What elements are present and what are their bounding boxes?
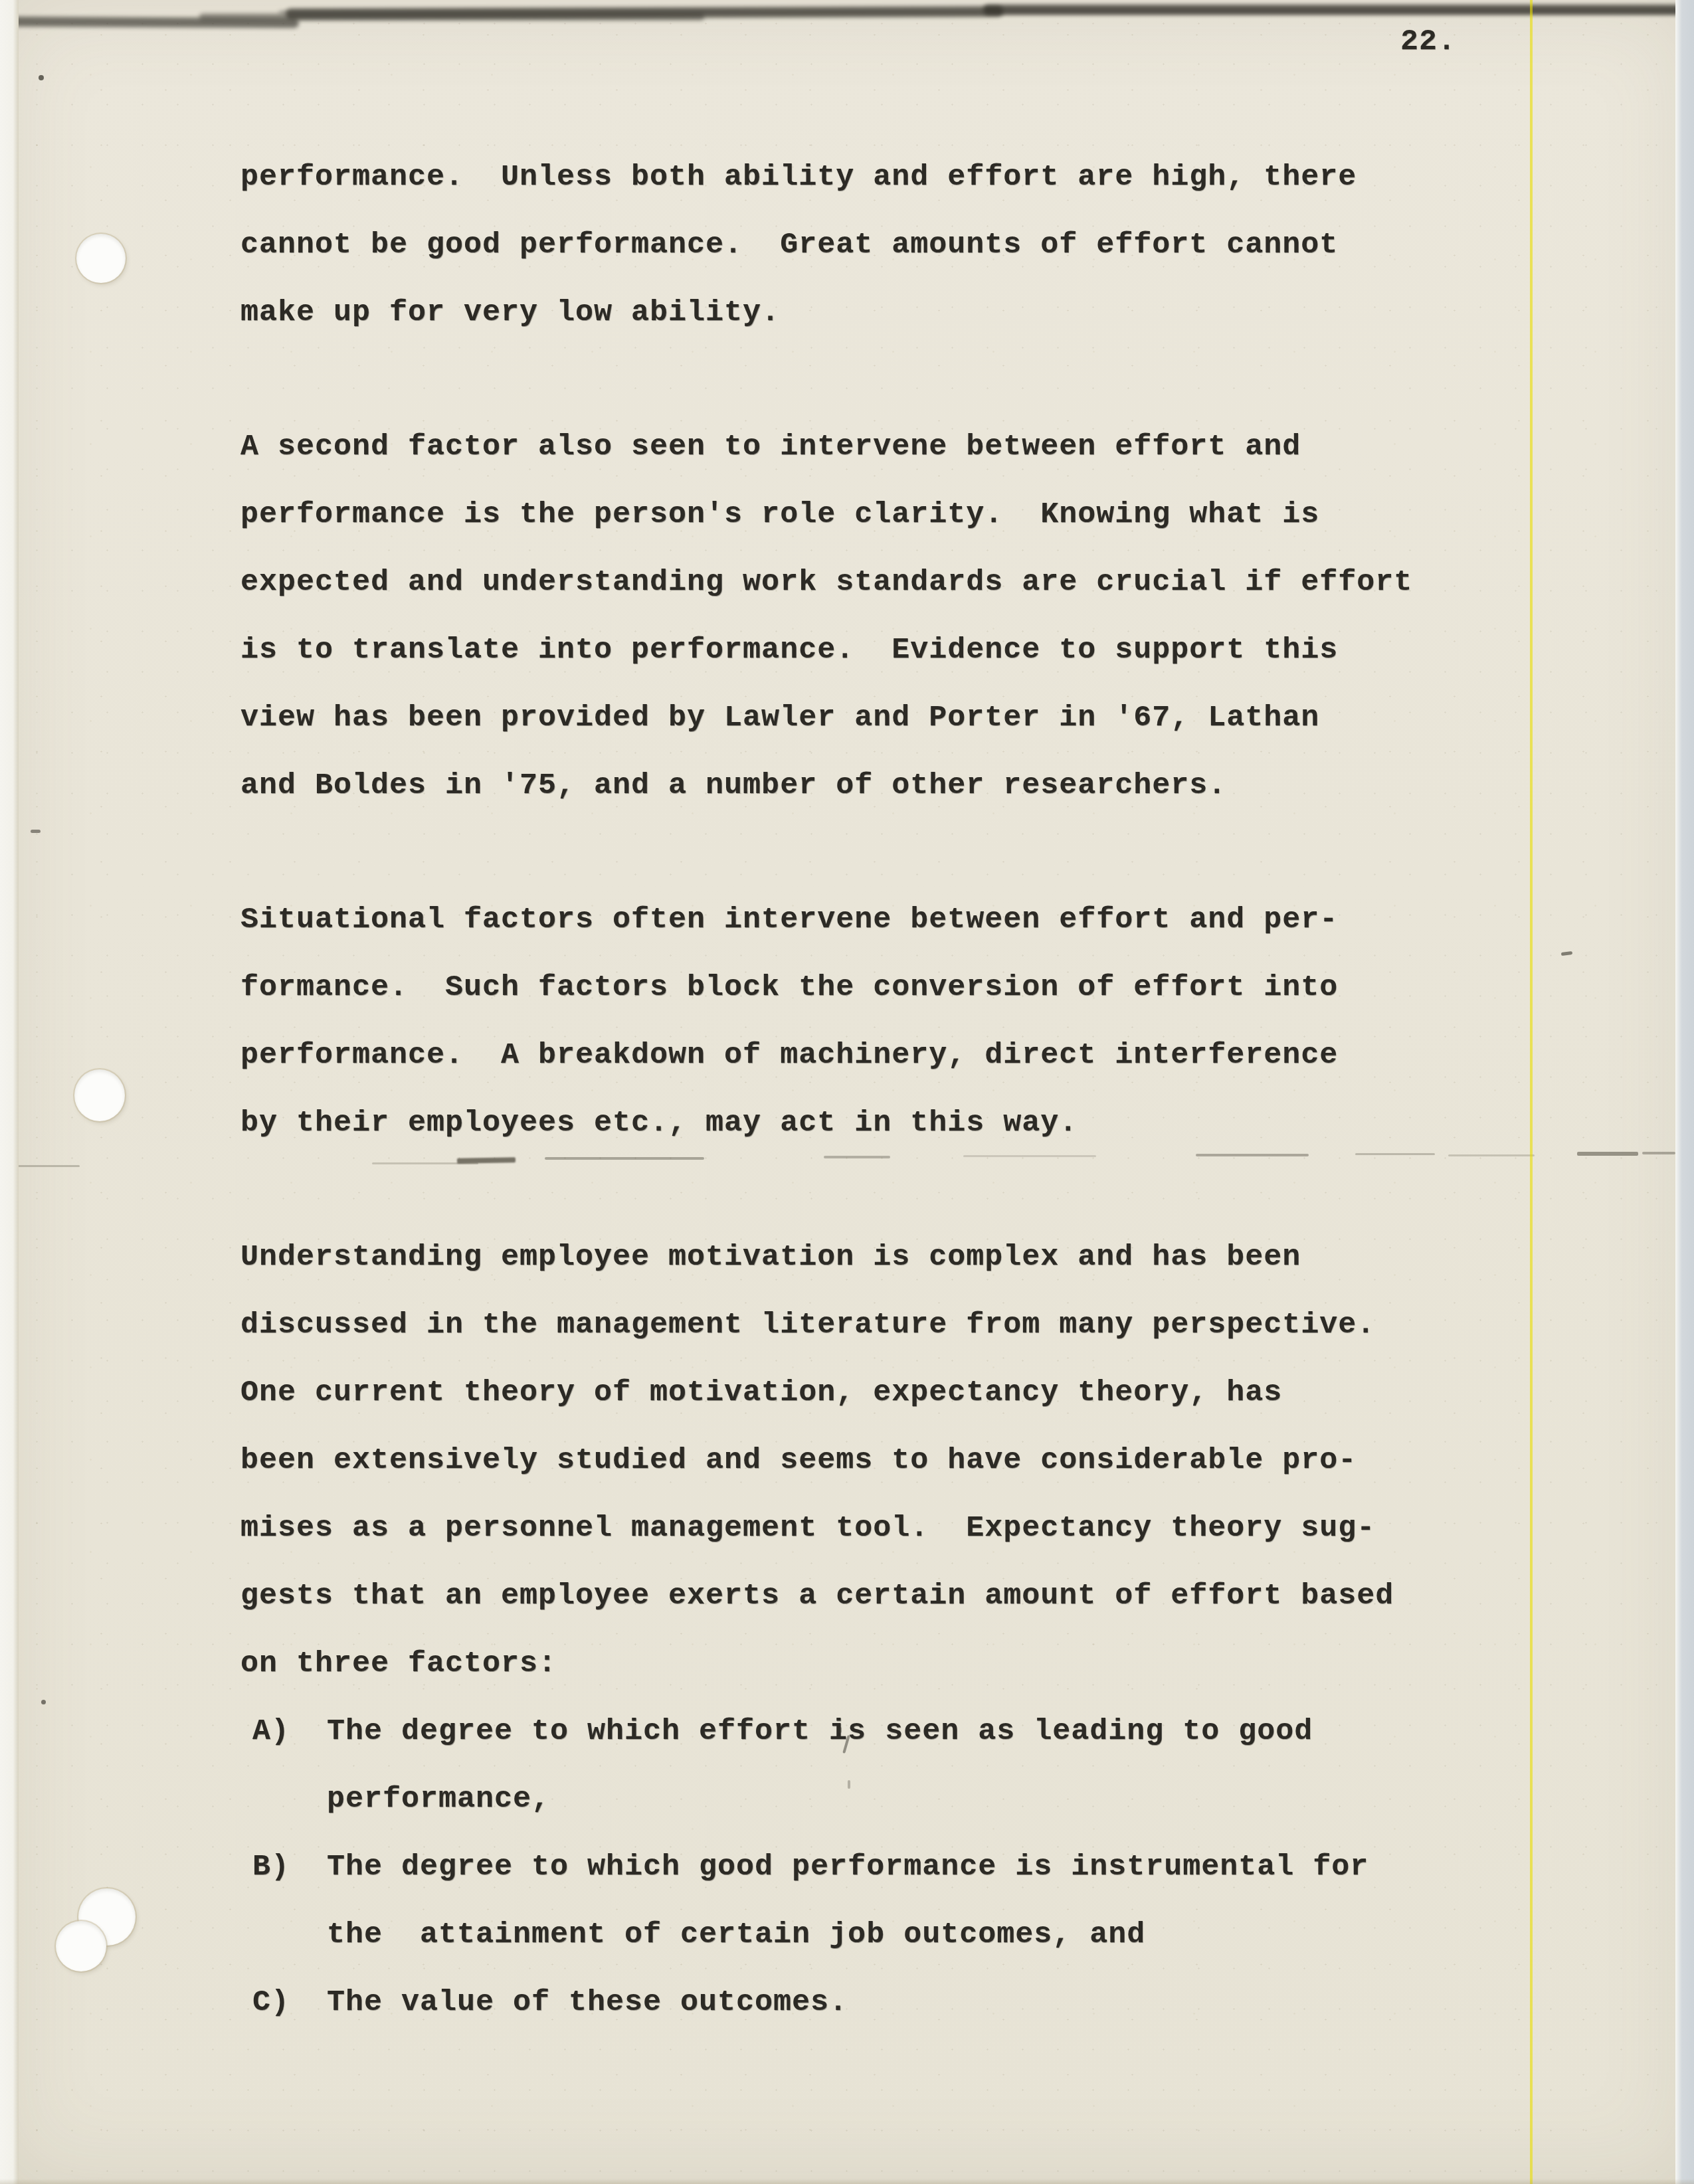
yellow-scan-line — [1530, 0, 1533, 2184]
paragraph-3: Situational factors often intervene betw… — [240, 886, 1338, 1157]
list-item-c: C) The value of these outcomes. — [252, 1969, 848, 2037]
text-line: The value of these outcomes. — [327, 1969, 848, 2037]
text-line: The degree to which good performance is … — [327, 1833, 1368, 1901]
stray-tick-mark — [838, 1727, 842, 1733]
text-line: cannot be good performance. Great amount… — [240, 211, 1357, 279]
page-number: 22. — [1400, 27, 1456, 56]
text-line: discussed in the management literature f… — [240, 1291, 1394, 1359]
paragraph-4: Understanding employee motivation is com… — [240, 1224, 1394, 1698]
text-line: make up for very low ability. — [240, 279, 1357, 347]
text-line: Understanding employee motivation is com… — [240, 1224, 1394, 1291]
scanned-typewritten-page: 22. performance. Unless both ability and… — [0, 0, 1694, 2184]
text-line: Situational factors often intervene betw… — [240, 886, 1338, 954]
list-item-a: A) The degree to which effort is seen as… — [252, 1698, 1313, 1833]
text-line: performance. A breakdown of machinery, d… — [240, 1022, 1338, 1089]
text-line: performance, — [327, 1766, 1313, 1833]
hole-punch — [56, 1921, 106, 1971]
text-line: view has been provided by Lawler and Por… — [240, 684, 1412, 752]
ink-speck — [1561, 951, 1573, 956]
text-line: and Boldes in '75, and a number of other… — [240, 752, 1412, 820]
scanner-margin-left — [0, 0, 19, 2184]
list-marker: A) — [252, 1698, 290, 1766]
text-line: on three factors: — [240, 1630, 1394, 1698]
ink-speck — [41, 1700, 46, 1704]
text-line: A second factor also seen to intervene b… — [240, 413, 1412, 481]
list-marker: C) — [252, 1969, 290, 2037]
text-line: formance. Such factors block the convers… — [240, 954, 1338, 1022]
page-bottom-edge — [0, 2179, 1694, 2184]
list-item-b: B) The degree to which good performance … — [252, 1833, 1368, 1969]
text-line: The degree to which effort is seen as le… — [327, 1698, 1313, 1766]
paragraph-1: performance. Unless both ability and eff… — [240, 143, 1357, 347]
scanner-margin-right — [1675, 0, 1694, 2184]
text-line: performance. Unless both ability and eff… — [240, 143, 1357, 211]
text-line: performance is the person's role clarity… — [240, 481, 1412, 549]
text-line: One current theory of motivation, expect… — [240, 1359, 1394, 1427]
hole-punch — [74, 1069, 125, 1121]
stray-tick-mark — [848, 1780, 850, 1789]
paragraph-2: A second factor also seen to intervene b… — [240, 413, 1412, 820]
text-line: expected and understanding work standard… — [240, 549, 1412, 616]
text-line: been extensively studied and seems to ha… — [240, 1427, 1394, 1495]
text-line: mises as a personnel management tool. Ex… — [240, 1495, 1394, 1562]
text-line: by their employees etc., may act in this… — [240, 1089, 1338, 1157]
text-line: is to translate into performance. Eviden… — [240, 616, 1412, 684]
ink-speck — [31, 830, 41, 833]
list-marker: B) — [252, 1833, 290, 1901]
text-line: gests that an employee exerts a certain … — [240, 1562, 1394, 1630]
text-line: the attainment of certain job outcomes, … — [327, 1901, 1368, 1969]
ink-speck — [39, 75, 44, 80]
hole-punch — [76, 234, 126, 283]
